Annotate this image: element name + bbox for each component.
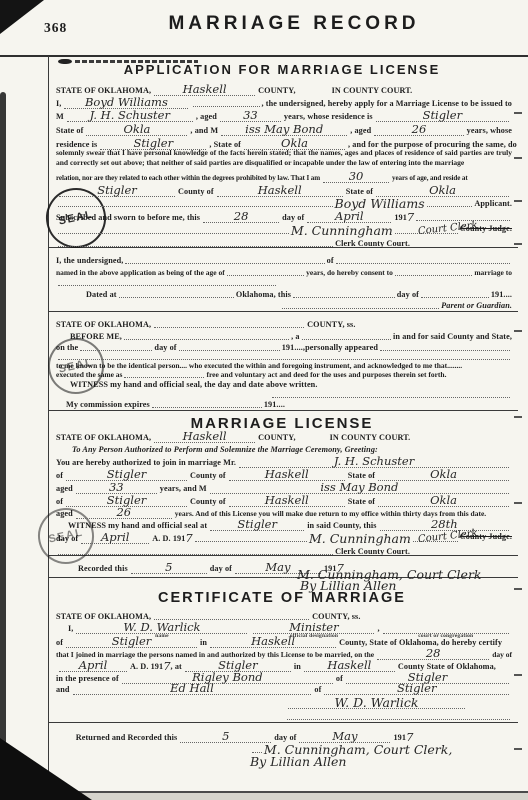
county-label: COUNTY, [258, 86, 295, 96]
dotted-line [427, 206, 473, 207]
county-ss-label: COUNTY, ss. [307, 320, 355, 330]
comma: , [377, 624, 379, 634]
joined-row: that I joined in marriage the persons na… [56, 648, 512, 660]
bride-age: 26 [116, 507, 131, 518]
parent-guardian-label: Parent or Guardian. [441, 301, 512, 311]
dotted-line [193, 106, 259, 107]
aged-label: aged [56, 484, 73, 494]
aged-label: aged [56, 509, 73, 519]
county-value: Haskell [183, 431, 227, 442]
clerk-county-court-label: Clerk County Court. [335, 239, 410, 249]
sworn-row: Subscribed and sworn to before me, this … [56, 211, 512, 223]
county-of-label: County of [190, 471, 226, 481]
of-label: of [56, 471, 63, 481]
county-of-label: County of [190, 497, 226, 507]
officiant-signature: W. D. Warlick [335, 697, 419, 708]
of-label: of [327, 256, 334, 266]
marriage-to-label: marriage to [474, 268, 512, 278]
bride-name: iss May Bond [245, 124, 323, 135]
scan-corner-top-left [0, 0, 44, 34]
returned-month: May [332, 731, 357, 742]
groom-row: M J. H. Schuster , aged 33 years, whose … [56, 110, 512, 122]
reside-location-row: Stigler County of Haskell State of Okla [56, 185, 512, 197]
witness2-row: and Ed Hall of Stigler [56, 683, 512, 695]
clerk-label-row: Clerk County Court. [56, 545, 410, 557]
returned-day: 5 [222, 731, 229, 742]
greeting-text: To Any Person Authorized to Perform and … [72, 445, 378, 455]
margin-tick [514, 748, 522, 750]
marriage-record-page: 368 MARRIAGE RECORD APPLICATION FOR MARR… [0, 0, 528, 800]
dotted-line [252, 752, 262, 753]
officiant-name: W. D. Warlick [123, 622, 200, 633]
groom-county: Haskell [265, 469, 309, 480]
groom-state: Okla [123, 124, 150, 135]
dotted-line [124, 339, 289, 340]
of-label: of [56, 497, 63, 507]
dotted-line [282, 308, 439, 309]
margin-tick [514, 674, 522, 676]
day-of-label: day of [56, 534, 78, 544]
state-label: STATE OF OKLAHOMA, [56, 433, 151, 443]
section-divider [48, 410, 518, 411]
page-title: MARRIAGE RECORD [60, 13, 528, 35]
state-label: STATE OF OKLAHOMA, [56, 320, 151, 330]
county-value: Haskell [183, 84, 227, 95]
section-divider [48, 722, 518, 723]
officiant-signature-row: W. D. Warlick [285, 697, 468, 709]
officiant-city: Stigler [112, 636, 152, 647]
dotted-line [58, 233, 289, 234]
minister-row: I, W. D. Warlick name Minister official … [56, 622, 512, 634]
section-divider [48, 311, 518, 312]
dotted-line [58, 206, 333, 207]
certify-text: County, State of Oklahoma, do hereby cer… [339, 638, 502, 648]
judge-signature: M. Cunningham [291, 225, 393, 236]
blank-row [285, 710, 512, 722]
ad-year-printed: A. D. 191 [130, 662, 163, 672]
apply-text: , the undersigned, hereby apply for a Ma… [262, 99, 513, 109]
court-label: IN COUNTY COURT. [330, 433, 411, 443]
license-month: April [101, 532, 130, 543]
dotted-line [58, 285, 276, 286]
relation-row: relation, nor are they related to each o… [56, 171, 520, 183]
day-of-label: day of [492, 650, 512, 660]
dotted-line [58, 554, 333, 555]
oath-paragraph: solemnly swear that I have personal know… [56, 148, 512, 167]
court-label: IN COUNTY COURT. [332, 86, 413, 96]
of-label: of [56, 638, 63, 648]
years-and-miss-label: years, and M [160, 484, 207, 494]
day-of-label: day of [210, 564, 232, 574]
year-written: 7 [163, 661, 170, 672]
i-label: I, [56, 99, 61, 109]
margin-tick [514, 243, 522, 245]
clerk-county-court-label: Clerk County Court. [335, 547, 410, 557]
groom-city: Stigler [107, 469, 147, 480]
dotted-line [287, 719, 510, 720]
commission-row: My commission expires 191.... [56, 398, 512, 410]
reside-label: years of age, and reside at [392, 173, 468, 183]
greeting-row: To Any Person Authorized to Perform and … [56, 443, 512, 455]
judge-signature: M. Cunningham [309, 533, 411, 544]
notary-state-row: STATE OF OKLAHOMA, COUNTY, ss. [56, 318, 512, 330]
deputy-signature: By Lillian Allen [250, 756, 346, 767]
applicant-name: Boyd Williams [85, 97, 168, 108]
bride-county: Haskell [265, 495, 309, 506]
dotted-line [282, 577, 295, 578]
dotted-line [293, 297, 395, 298]
witness2-name: Ed Hall [170, 683, 214, 694]
marriage-county: Haskell [327, 660, 371, 671]
clerk-label-row: Clerk County Court. [56, 237, 410, 249]
in-label: in [294, 662, 301, 672]
applicant-signature: Boyd Williams [335, 198, 425, 209]
officiant-title: Minister [289, 622, 338, 633]
in-said-county-label: in said County, this [307, 521, 376, 531]
of-label: of [314, 685, 321, 695]
marriage-day: 28 [426, 648, 441, 659]
scan-corner-bottom-left [0, 738, 92, 800]
certificate-heading: CERTIFICATE OF MARRIAGE [48, 590, 516, 606]
consent-undersigned-row: I, the undersigned, of [56, 254, 512, 266]
groom-name: J. H. Schuster [90, 110, 170, 121]
year-written: 7 [185, 533, 192, 544]
residence-label: years, whose residence is [284, 112, 373, 122]
dotted-line [119, 297, 234, 298]
applicant-signature-row: Boyd Williams Applicant. [56, 197, 512, 209]
m-label: M [56, 112, 64, 122]
sworn-text: Subscribed and sworn to before me, this [56, 213, 200, 223]
undersigned-label: I, the undersigned, [56, 256, 123, 266]
scan-edge-left [0, 92, 6, 800]
dotted-line [395, 275, 472, 276]
groom-age: 33 [243, 110, 258, 121]
groom-age: 33 [109, 482, 124, 493]
state-of-label: State of [56, 126, 83, 136]
header-rule [0, 55, 528, 57]
i-label: I, [68, 624, 73, 634]
recorded-day: 5 [165, 562, 172, 573]
groom-state: Okla [430, 469, 457, 480]
witness2-city: Stigler [397, 683, 437, 694]
margin-tick [514, 502, 522, 504]
margin-tick [514, 200, 522, 202]
dotted-line [152, 407, 262, 408]
recorded-by-row: By Lillian Allen [300, 579, 458, 591]
relation-text: relation, nor are they related to each o… [56, 173, 320, 183]
authorize-text: You are hereby authorized to join in mar… [56, 458, 236, 468]
county-label: COUNTY, [258, 433, 295, 443]
margin-tick [514, 112, 522, 114]
state-of-label: State of [348, 497, 375, 507]
bride-age: 26 [412, 124, 427, 135]
reside-state: Okla [429, 185, 456, 196]
margin-tick [514, 330, 522, 332]
judge-signature-row: M. Cunningham County Judge. Court Clerk [56, 224, 512, 236]
bride-state: Okla [430, 495, 457, 506]
reside-county: Haskell [258, 185, 302, 196]
groom-location-row: of Stigler County of Haskell State of Ok… [56, 469, 512, 481]
parent-guardian-row: Parent or Guardian. [280, 299, 512, 311]
license-state-row: STATE OF OKLAHOMA, Haskell COUNTY, IN CO… [56, 431, 512, 443]
license-heading: MARRIAGE LICENSE [48, 415, 516, 432]
groom-residence: Stigler [423, 110, 463, 121]
dotted-line [336, 263, 510, 264]
officiant-county: Haskell [251, 636, 295, 647]
day-of-label: day of [282, 213, 304, 223]
applicant-age: 30 [349, 171, 364, 182]
year-written: 7 [407, 212, 414, 223]
commission-label: My commission expires [66, 400, 150, 410]
cert-location-row: of Stigler in Haskell County, State of O… [56, 636, 512, 648]
dotted-line [302, 339, 391, 340]
witness-text: WITNESS my hand and official seal at [68, 521, 207, 531]
returned-by-row: By Lillian Allen [250, 755, 398, 767]
dotted-line [421, 297, 489, 298]
license-date-signature-row: day of April A. D. 191 7 M. Cunningham C… [56, 532, 512, 544]
recorded-label: Recorded this [78, 564, 128, 574]
county-of-label: County of [178, 187, 214, 197]
ad-year-printed: A. D. 191 [152, 534, 185, 544]
dated-at-label: Dated at [86, 290, 117, 300]
bride-row: State of Okla , and M iss May Bond , age… [56, 124, 512, 136]
and-label: and [56, 685, 70, 695]
reside-city: Stigler [97, 185, 137, 196]
marriage-month: April [79, 660, 108, 671]
dotted-line [58, 246, 333, 247]
groom-name: J. H. Schuster [334, 456, 414, 467]
year-printed: 191.... [264, 400, 285, 410]
application-heading: APPLICATION FOR MARRIAGE LICENSE [48, 62, 516, 77]
and-miss-label: , and M [190, 126, 218, 136]
in-label: in [200, 638, 207, 648]
year-printed: 191 [394, 213, 407, 223]
margin-tick [514, 157, 522, 159]
dotted-line [195, 541, 307, 542]
dotted-line [125, 263, 324, 264]
years-whose-label: years, whose [467, 126, 512, 136]
aged-label: , aged [196, 112, 217, 122]
sworn-month: April [335, 211, 364, 222]
license-day: 28th [431, 519, 458, 530]
blank-line [154, 327, 304, 328]
at-label: , at [171, 662, 182, 672]
sworn-day: 28 [234, 211, 249, 222]
applicant-label: Applicant. [474, 199, 512, 209]
bride-name: iss May Bond [320, 482, 398, 493]
seal-city: Stigler [237, 519, 277, 530]
deputy-signature: By Lillian Allen [300, 580, 396, 591]
consent-blank-row [56, 276, 278, 288]
consent-text: years, do hereby consent to [306, 268, 393, 278]
aged-label: , aged [350, 126, 371, 136]
